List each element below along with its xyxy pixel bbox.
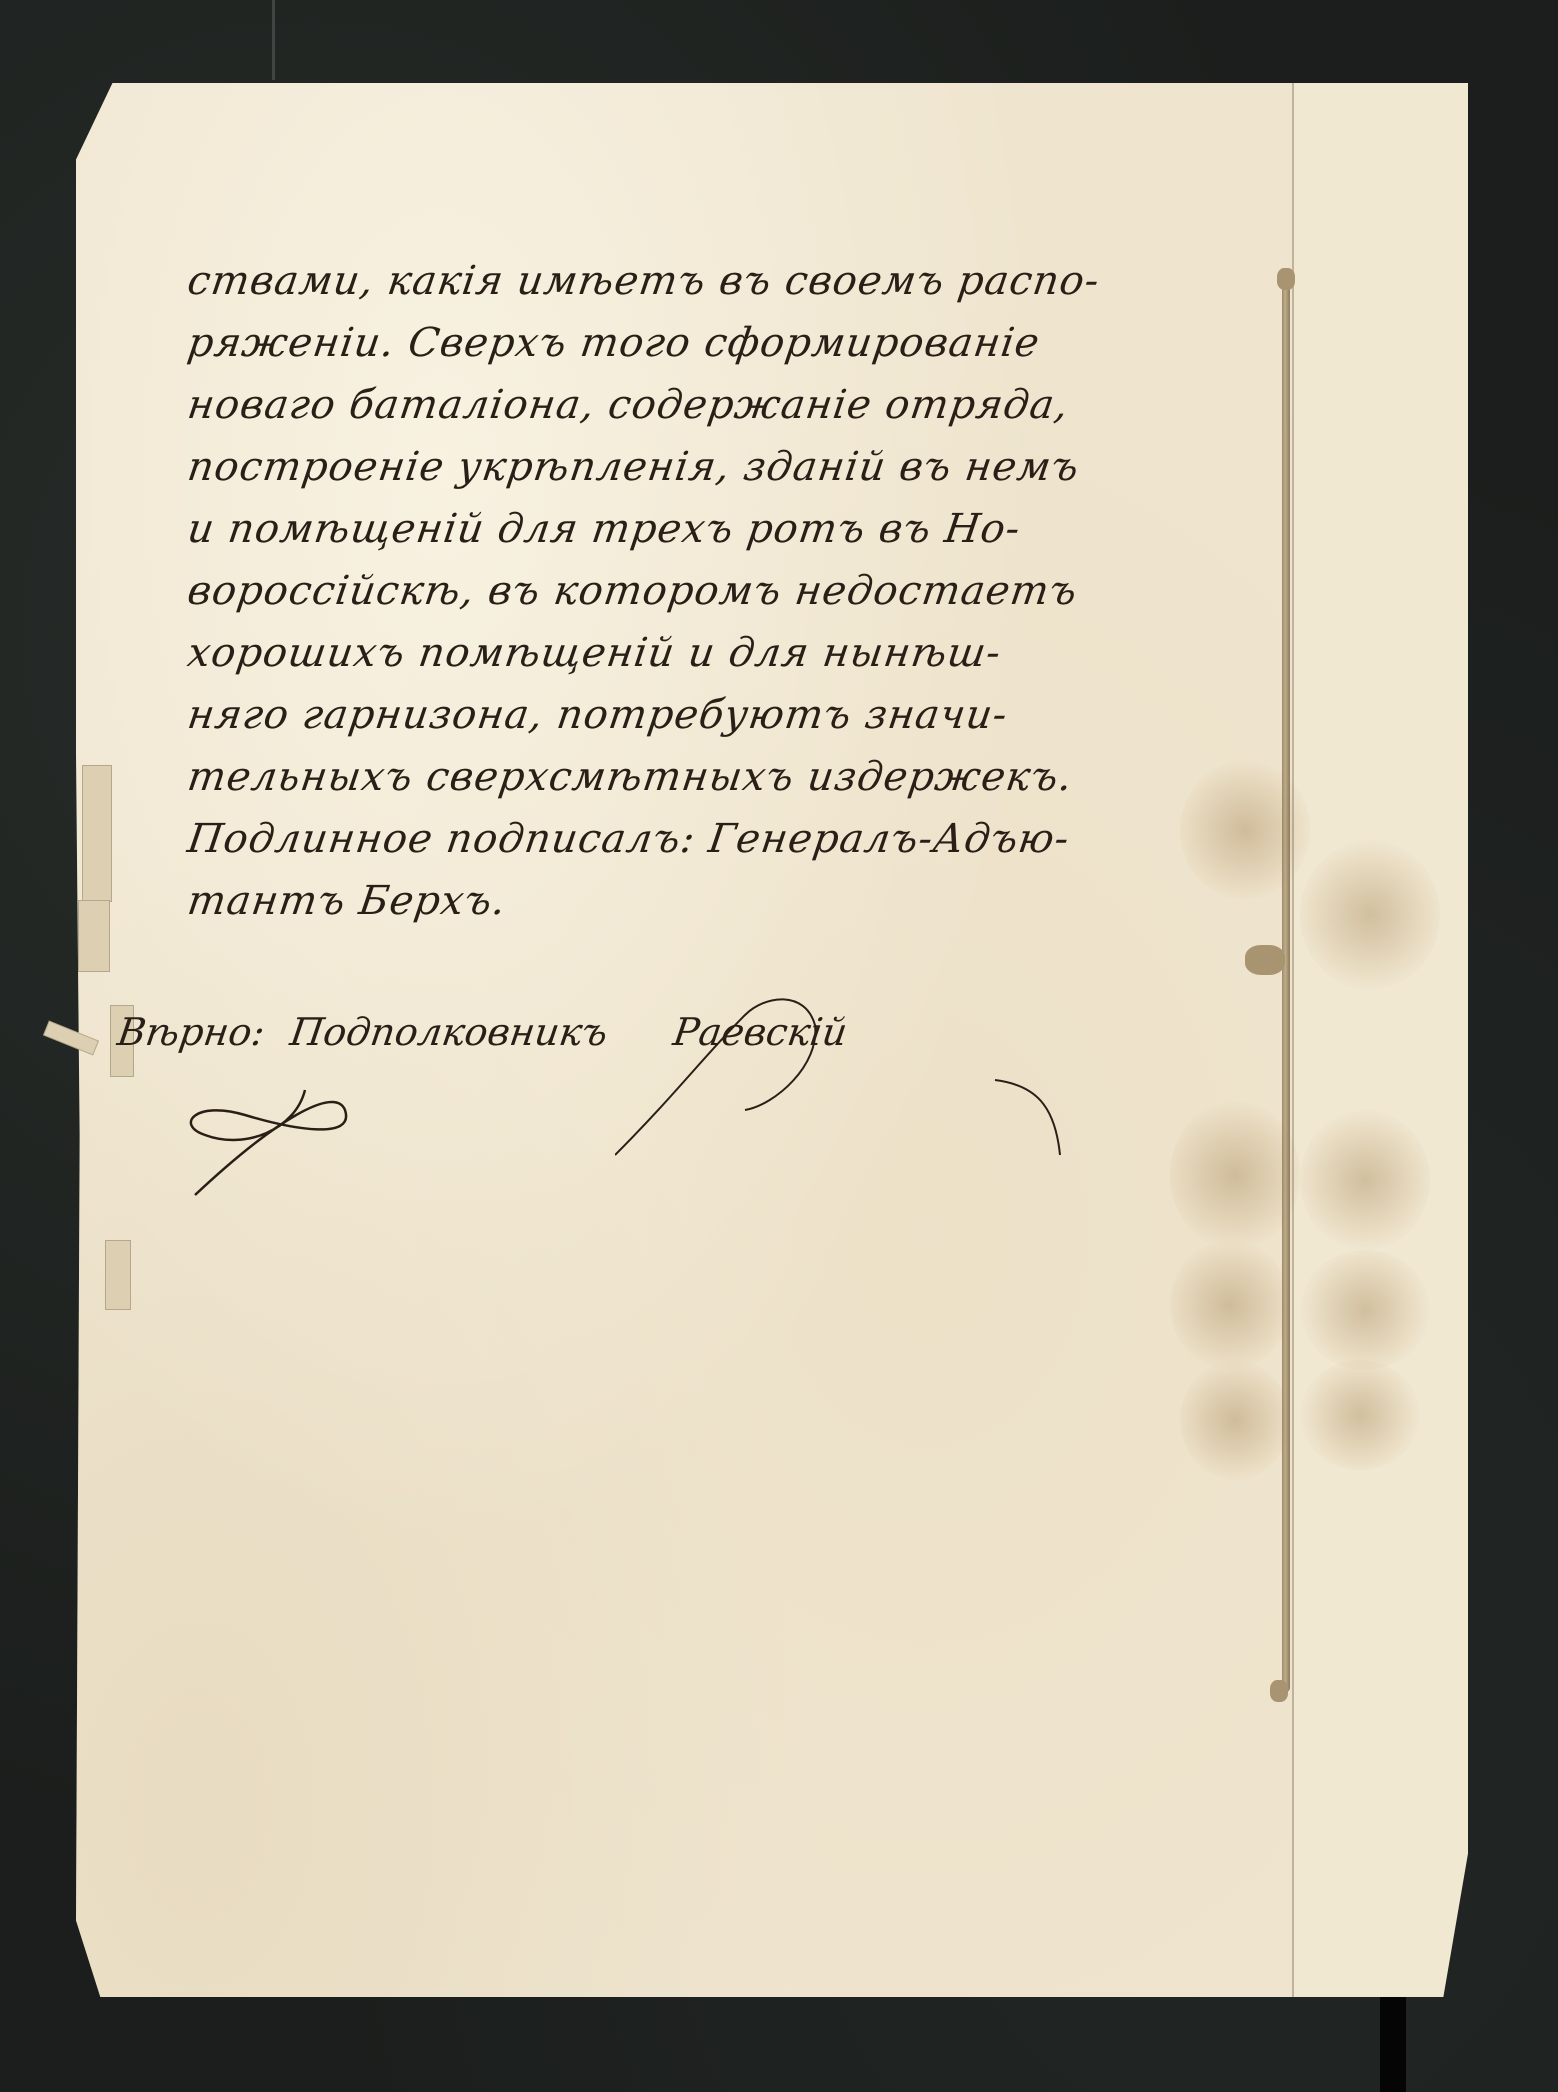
text-line: хорошихъ помѣщеній и для нынѣш- (184, 622, 1273, 684)
text-line: вороссійскѣ, въ которомъ недостаетъ (184, 560, 1273, 622)
backdrop-crease (272, 0, 275, 80)
signature-flourish-icon (185, 1080, 385, 1200)
text-line: тельныхъ сверхсмѣтныхъ издержекъ. (184, 746, 1273, 808)
binding-knot (1245, 945, 1285, 975)
foxing-stain (1170, 1240, 1290, 1370)
fold-crease (1292, 83, 1294, 1997)
foxing-stain (1300, 1360, 1420, 1470)
backdrop-gap (1380, 1990, 1406, 2092)
signature-stroke-icon (615, 985, 1095, 1165)
foxing-stain (1180, 1360, 1290, 1480)
text-line: построеніе укрѣпленія, зданій въ немъ (184, 436, 1273, 498)
manuscript-body: ствами, какія имѣетъ въ своемъ распо- ря… (188, 250, 1268, 932)
text-line: тантъ Берхъ. (184, 870, 1273, 932)
binding-string (1282, 272, 1290, 1692)
attestation-rank: Подполковникъ (288, 1010, 611, 1054)
folded-flap (1292, 83, 1468, 1997)
binding-knot (1277, 268, 1295, 290)
foxing-stain (1300, 1250, 1430, 1370)
binding-tab (78, 900, 110, 972)
foxing-stain (1300, 840, 1440, 990)
binding-knot (1270, 1680, 1288, 1702)
text-line: Подлинное подписалъ: Генералъ-Адъю- (184, 808, 1273, 870)
foxing-stain (1170, 1100, 1300, 1250)
text-line: ствами, какія имѣетъ въ своемъ распо- (184, 250, 1273, 312)
binding-tab (105, 1240, 131, 1310)
foxing-stain (1300, 1110, 1430, 1250)
text-line: и помѣщеній для трехъ ротъ въ Но- (184, 498, 1273, 560)
binding-tab (82, 765, 112, 902)
text-line: ряженіи. Сверхъ того сформированіе (184, 312, 1273, 374)
text-line: новаго баталіона, содержаніе отряда, (184, 374, 1273, 436)
text-line: няго гарнизона, потребуютъ значи- (184, 684, 1273, 746)
attestation-label: Вѣрно: (115, 1010, 268, 1054)
